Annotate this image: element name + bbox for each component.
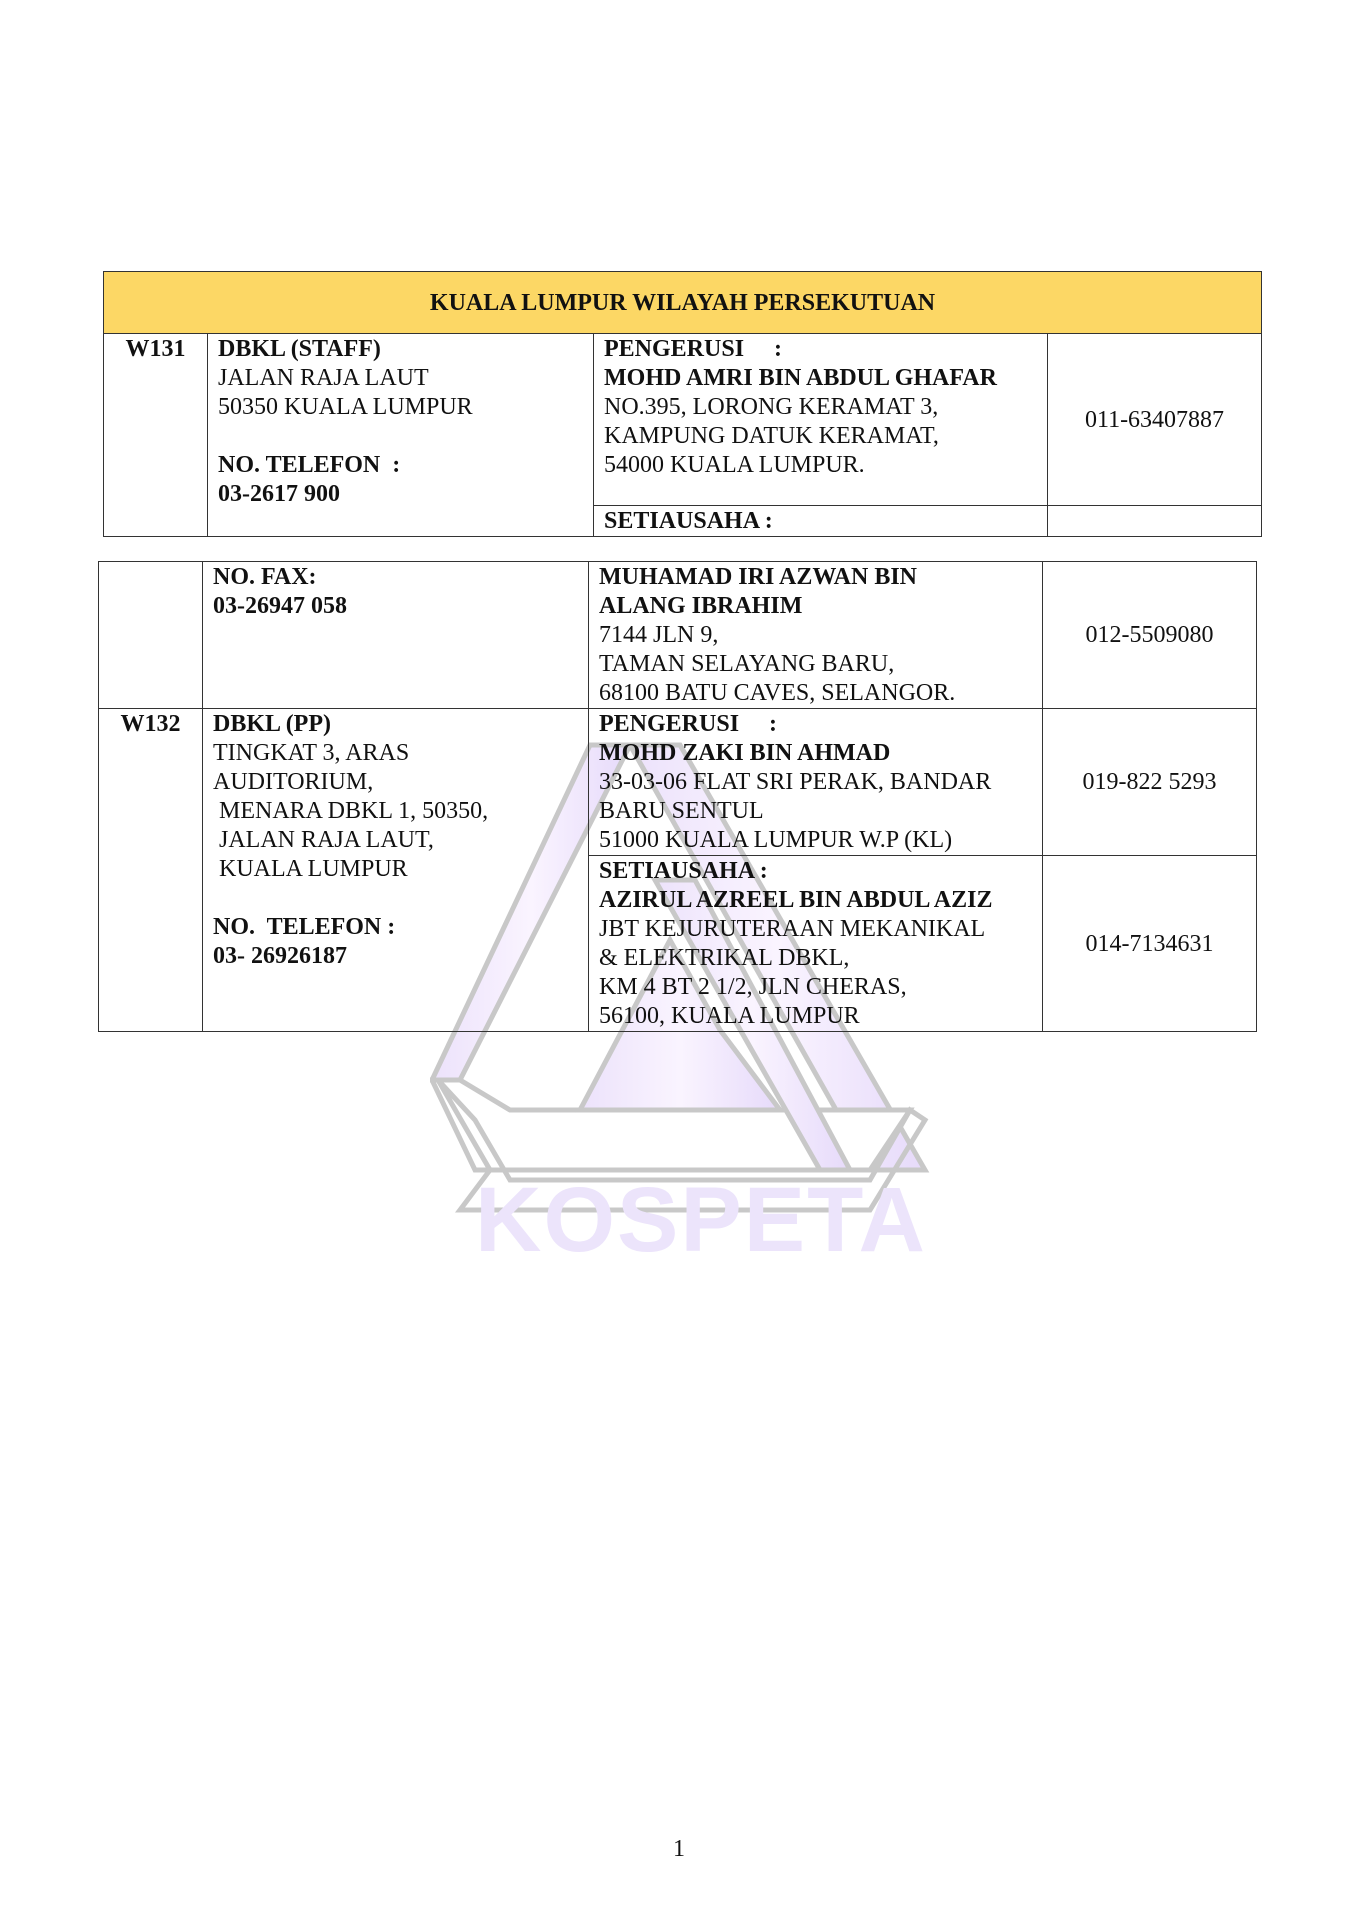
address-line: 33-03-06 FLAT SRI PERAK, BANDAR: [599, 768, 1032, 797]
address-line: & ELEKTRIKAL DBKL,: [599, 944, 1032, 973]
table-row: NO. FAX: 03-26947 058 MUHAMAD IRI AZWAN …: [99, 562, 1257, 709]
branch-code: W131: [104, 334, 208, 537]
branch-address-line: MENARA DBKL 1, 50350,: [213, 797, 578, 826]
branch-code: W132: [99, 709, 203, 1032]
role-label: SETIAUSAHA :: [599, 857, 1032, 886]
watermark-text: KOSPETA: [475, 1168, 915, 1273]
secretary-info: SETIAUSAHA : AZIRUL AZREEL BIN ABDUL AZI…: [589, 856, 1043, 1032]
role-label: PENGERUSI :: [599, 710, 1032, 739]
fax-number: 03-26947 058: [213, 592, 578, 621]
empty-code-cell: [99, 562, 203, 709]
address-line: JBT KEJURUTERAAN MEKANIKAL: [599, 915, 1032, 944]
address-line: 54000 KUALA LUMPUR.: [604, 451, 1037, 480]
chairman-info: PENGERUSI : MOHD ZAKI BIN AHMAD 33-03-06…: [589, 709, 1043, 856]
chairman-info: PENGERUSI : MOHD AMRI BIN ABDUL GHAFAR N…: [594, 334, 1048, 506]
section-header-row: KUALA LUMPUR WILAYAH PERSEKUTUAN: [104, 272, 1262, 334]
page-number: 1: [0, 1836, 1358, 1863]
branch-phone: 03- 26926187: [213, 942, 578, 971]
branch-address-line: KUALA LUMPUR: [213, 855, 578, 884]
address-line: KAMPUNG DATUK KERAMAT,: [604, 422, 1037, 451]
secretary-phone: 014-7134631: [1043, 856, 1257, 1032]
address-line: TAMAN SELAYANG BARU,: [599, 650, 1032, 679]
secretary-phone: 012-5509080: [1043, 562, 1257, 709]
address-line: 7144 JLN 9,: [599, 621, 1032, 650]
address-line: 51000 KUALA LUMPUR W.P (KL): [599, 826, 1032, 855]
branch-phone: 03-2617 900: [218, 480, 583, 509]
chairman-name: MOHD AMRI BIN ABDUL GHAFAR: [604, 364, 1037, 393]
address-line: KM 4 BT 2 1/2, JLN CHERAS,: [599, 973, 1032, 1002]
phone-label: NO. TELEFON :: [218, 451, 583, 480]
branch-name: DBKL (PP): [213, 710, 578, 739]
table-row: W132 DBKL (PP) TINGKAT 3, ARAS AUDITORIU…: [99, 709, 1257, 856]
branch-info: DBKL (STAFF) JALAN RAJA LAUT 50350 KUALA…: [208, 334, 594, 537]
chairman-phone: 011-63407887: [1048, 334, 1262, 506]
fax-info: NO. FAX: 03-26947 058: [203, 562, 589, 709]
address-line: NO.395, LORONG KERAMAT 3,: [604, 393, 1037, 422]
branch-address-line: AUDITORIUM,: [213, 768, 578, 797]
role-label: SETIAUSAHA :: [594, 506, 1048, 537]
chairman-name: MOHD ZAKI BIN AHMAD: [599, 739, 1032, 768]
address-line: 56100, KUALA LUMPUR: [599, 1002, 1032, 1031]
branch-table-1: KUALA LUMPUR WILAYAH PERSEKUTUAN W131 DB…: [103, 271, 1262, 537]
phone-label: NO. TELEFON :: [213, 913, 578, 942]
section-title: KUALA LUMPUR WILAYAH PERSEKUTUAN: [104, 272, 1262, 334]
branch-table-2: NO. FAX: 03-26947 058 MUHAMAD IRI AZWAN …: [98, 561, 1257, 1032]
empty-phone-cell: [1048, 506, 1262, 537]
secretary-name: MUHAMAD IRI AZWAN BIN: [599, 563, 1032, 592]
address-line: 68100 BATU CAVES, SELANGOR.: [599, 679, 1032, 708]
address-line: BARU SENTUL: [599, 797, 1032, 826]
secretary-name: AZIRUL AZREEL BIN ABDUL AZIZ: [599, 886, 1032, 915]
branch-name: DBKL (STAFF): [218, 335, 583, 364]
branch-address-line: JALAN RAJA LAUT,: [213, 826, 578, 855]
secretary-name: ALANG IBRAHIM: [599, 592, 1032, 621]
branch-address-line: TINGKAT 3, ARAS: [213, 739, 578, 768]
secretary-info: MUHAMAD IRI AZWAN BIN ALANG IBRAHIM 7144…: [589, 562, 1043, 709]
table-row: W131 DBKL (STAFF) JALAN RAJA LAUT 50350 …: [104, 334, 1262, 506]
branch-address-line: 50350 KUALA LUMPUR: [218, 393, 583, 422]
branch-address-line: JALAN RAJA LAUT: [218, 364, 583, 393]
fax-label: NO. FAX:: [213, 563, 578, 592]
chairman-phone: 019-822 5293: [1043, 709, 1257, 856]
role-label: PENGERUSI :: [604, 335, 1037, 364]
branch-info: DBKL (PP) TINGKAT 3, ARAS AUDITORIUM, ME…: [203, 709, 589, 1032]
